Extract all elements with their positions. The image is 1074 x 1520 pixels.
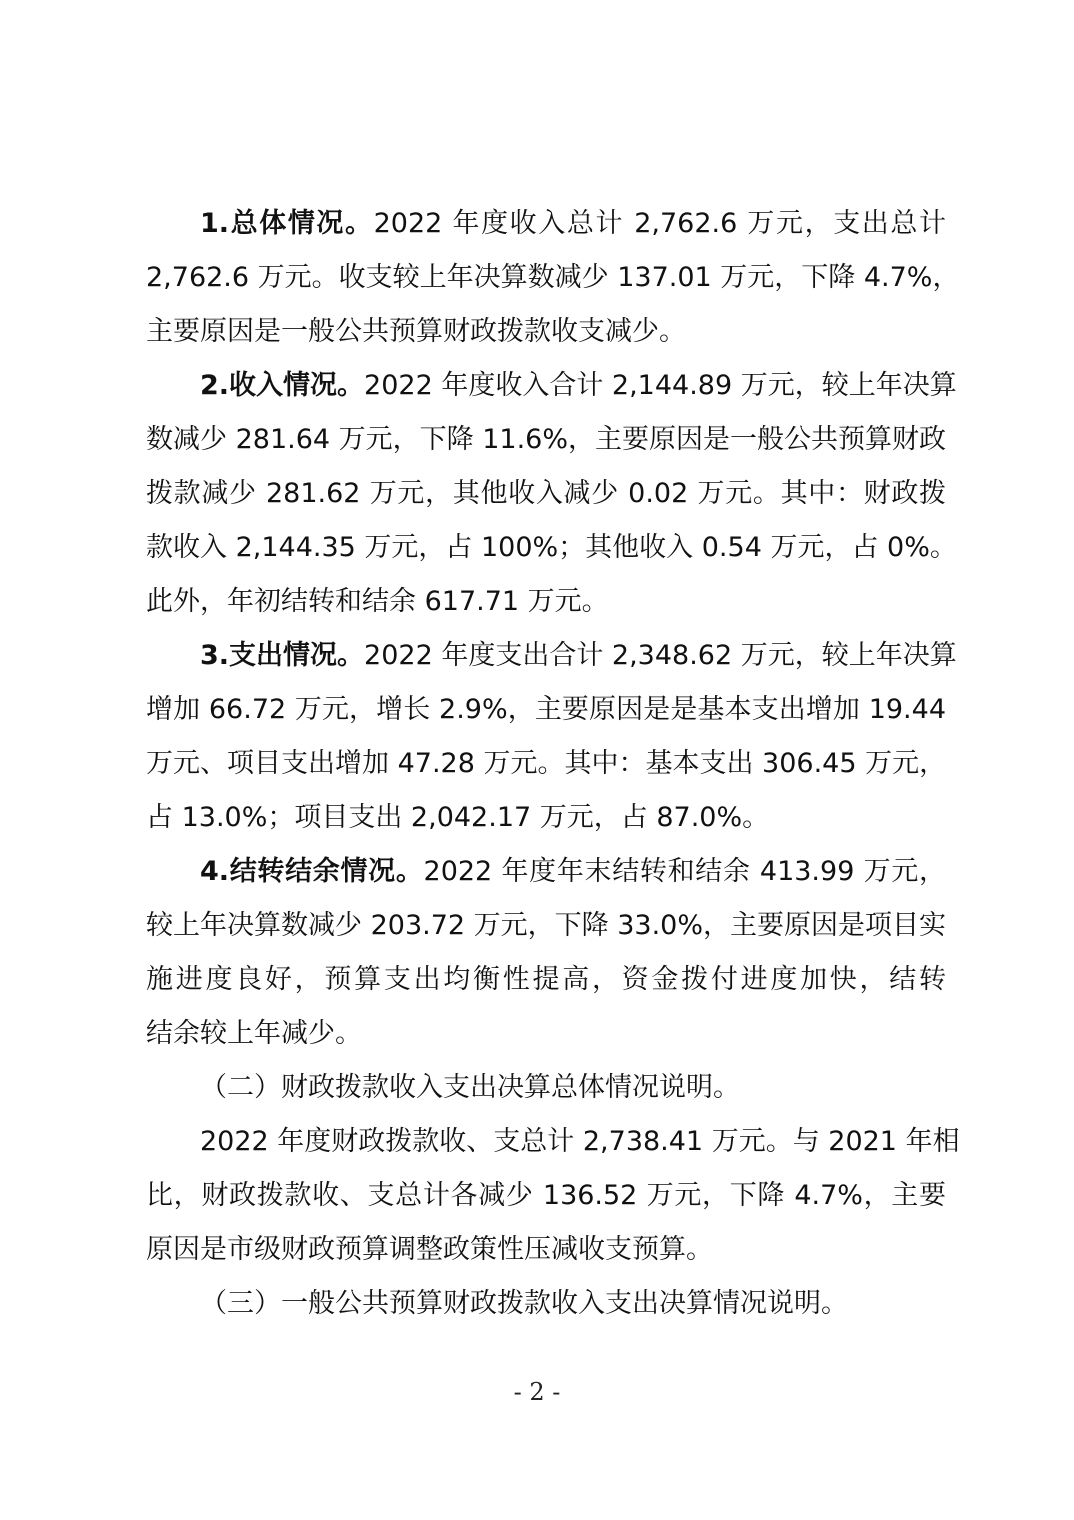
section-2-heading: （二）财政拨款收入支出决算总体情况说明。 bbox=[200, 1070, 740, 1106]
section-2-line-1: 2022 年度财政拨款收、支总计 2,738.41 万元。与 2021 年相 bbox=[200, 1124, 946, 1160]
paragraph-income-line-2: 数减少 281.64 万元，下降 11.6%，主要原因是一般公共预算财政 bbox=[146, 422, 946, 458]
paragraph-carryover-line-3: 施进度良好，预算支出均衡性提高，资金拨付进度加快，结转 bbox=[146, 962, 946, 998]
paragraph-expenditure-line-1: 3.支出情况。2022 年度支出合计 2,348.62 万元，较上年决算 bbox=[200, 638, 946, 674]
section-2-line-2: 比，财政拨款收、支总计各减少 136.52 万元，下降 4.7%，主要 bbox=[146, 1178, 946, 1214]
paragraph-expenditure-line-2: 增加 66.72 万元，增长 2.9%，主要原因是是基本支出增加 19.44 bbox=[146, 692, 946, 728]
paragraph-carryover-line-4: 结余较上年减少。 bbox=[146, 1016, 946, 1052]
paragraph-carryover-line-2: 较上年决算数减少 203.72 万元，下降 33.0%，主要原因是项目实 bbox=[146, 908, 946, 944]
paragraph-overall-title: 1.总体情况。 bbox=[200, 208, 374, 239]
paragraph-overall-line-1: 1.总体情况。2022 年度收入总计 2,762.6 万元，支出总计 bbox=[200, 206, 946, 242]
paragraph-income-line-4: 款收入 2,144.35 万元，占 100%；其他收入 0.54 万元，占 0%… bbox=[146, 530, 946, 566]
section-3-heading: （三）一般公共预算财政拨款收入支出决算情况说明。 bbox=[200, 1286, 848, 1322]
paragraph-income-line-5: 此外，年初结转和结余 617.71 万元。 bbox=[146, 584, 946, 620]
paragraph-income-line-1: 2.收入情况。2022 年度收入合计 2,144.89 万元，较上年决算 bbox=[200, 368, 946, 404]
paragraph-carryover-title: 4.结转结余情况。 bbox=[200, 856, 424, 887]
section-2-line-3: 原因是市级财政预算调整政策性压减收支预算。 bbox=[146, 1232, 946, 1268]
paragraph-expenditure-title: 3.支出情况。 bbox=[200, 640, 364, 671]
page-number: - 2 - bbox=[0, 1378, 1074, 1406]
document-page: 1.总体情况。2022 年度收入总计 2,762.6 万元，支出总计 2,762… bbox=[0, 0, 1074, 1520]
paragraph-carryover-line-1: 4.结转结余情况。2022 年度年末结转和结余 413.99 万元， bbox=[200, 854, 946, 890]
paragraph-overall-line-3: 主要原因是一般公共预算财政拨款收支减少。 bbox=[146, 314, 946, 350]
paragraph-expenditure-line-3: 万元、项目支出增加 47.28 万元。其中：基本支出 306.45 万元， bbox=[146, 746, 946, 782]
paragraph-overall-line-2: 2,762.6 万元。收支较上年决算数减少 137.01 万元，下降 4.7%， bbox=[146, 260, 946, 296]
paragraph-expenditure-line-4: 占 13.0%；项目支出 2,042.17 万元，占 87.0%。 bbox=[146, 800, 946, 836]
paragraph-income-line-3: 拨款减少 281.62 万元，其他收入减少 0.02 万元。其中：财政拨 bbox=[146, 476, 946, 512]
paragraph-income-title: 2.收入情况。 bbox=[200, 370, 364, 401]
